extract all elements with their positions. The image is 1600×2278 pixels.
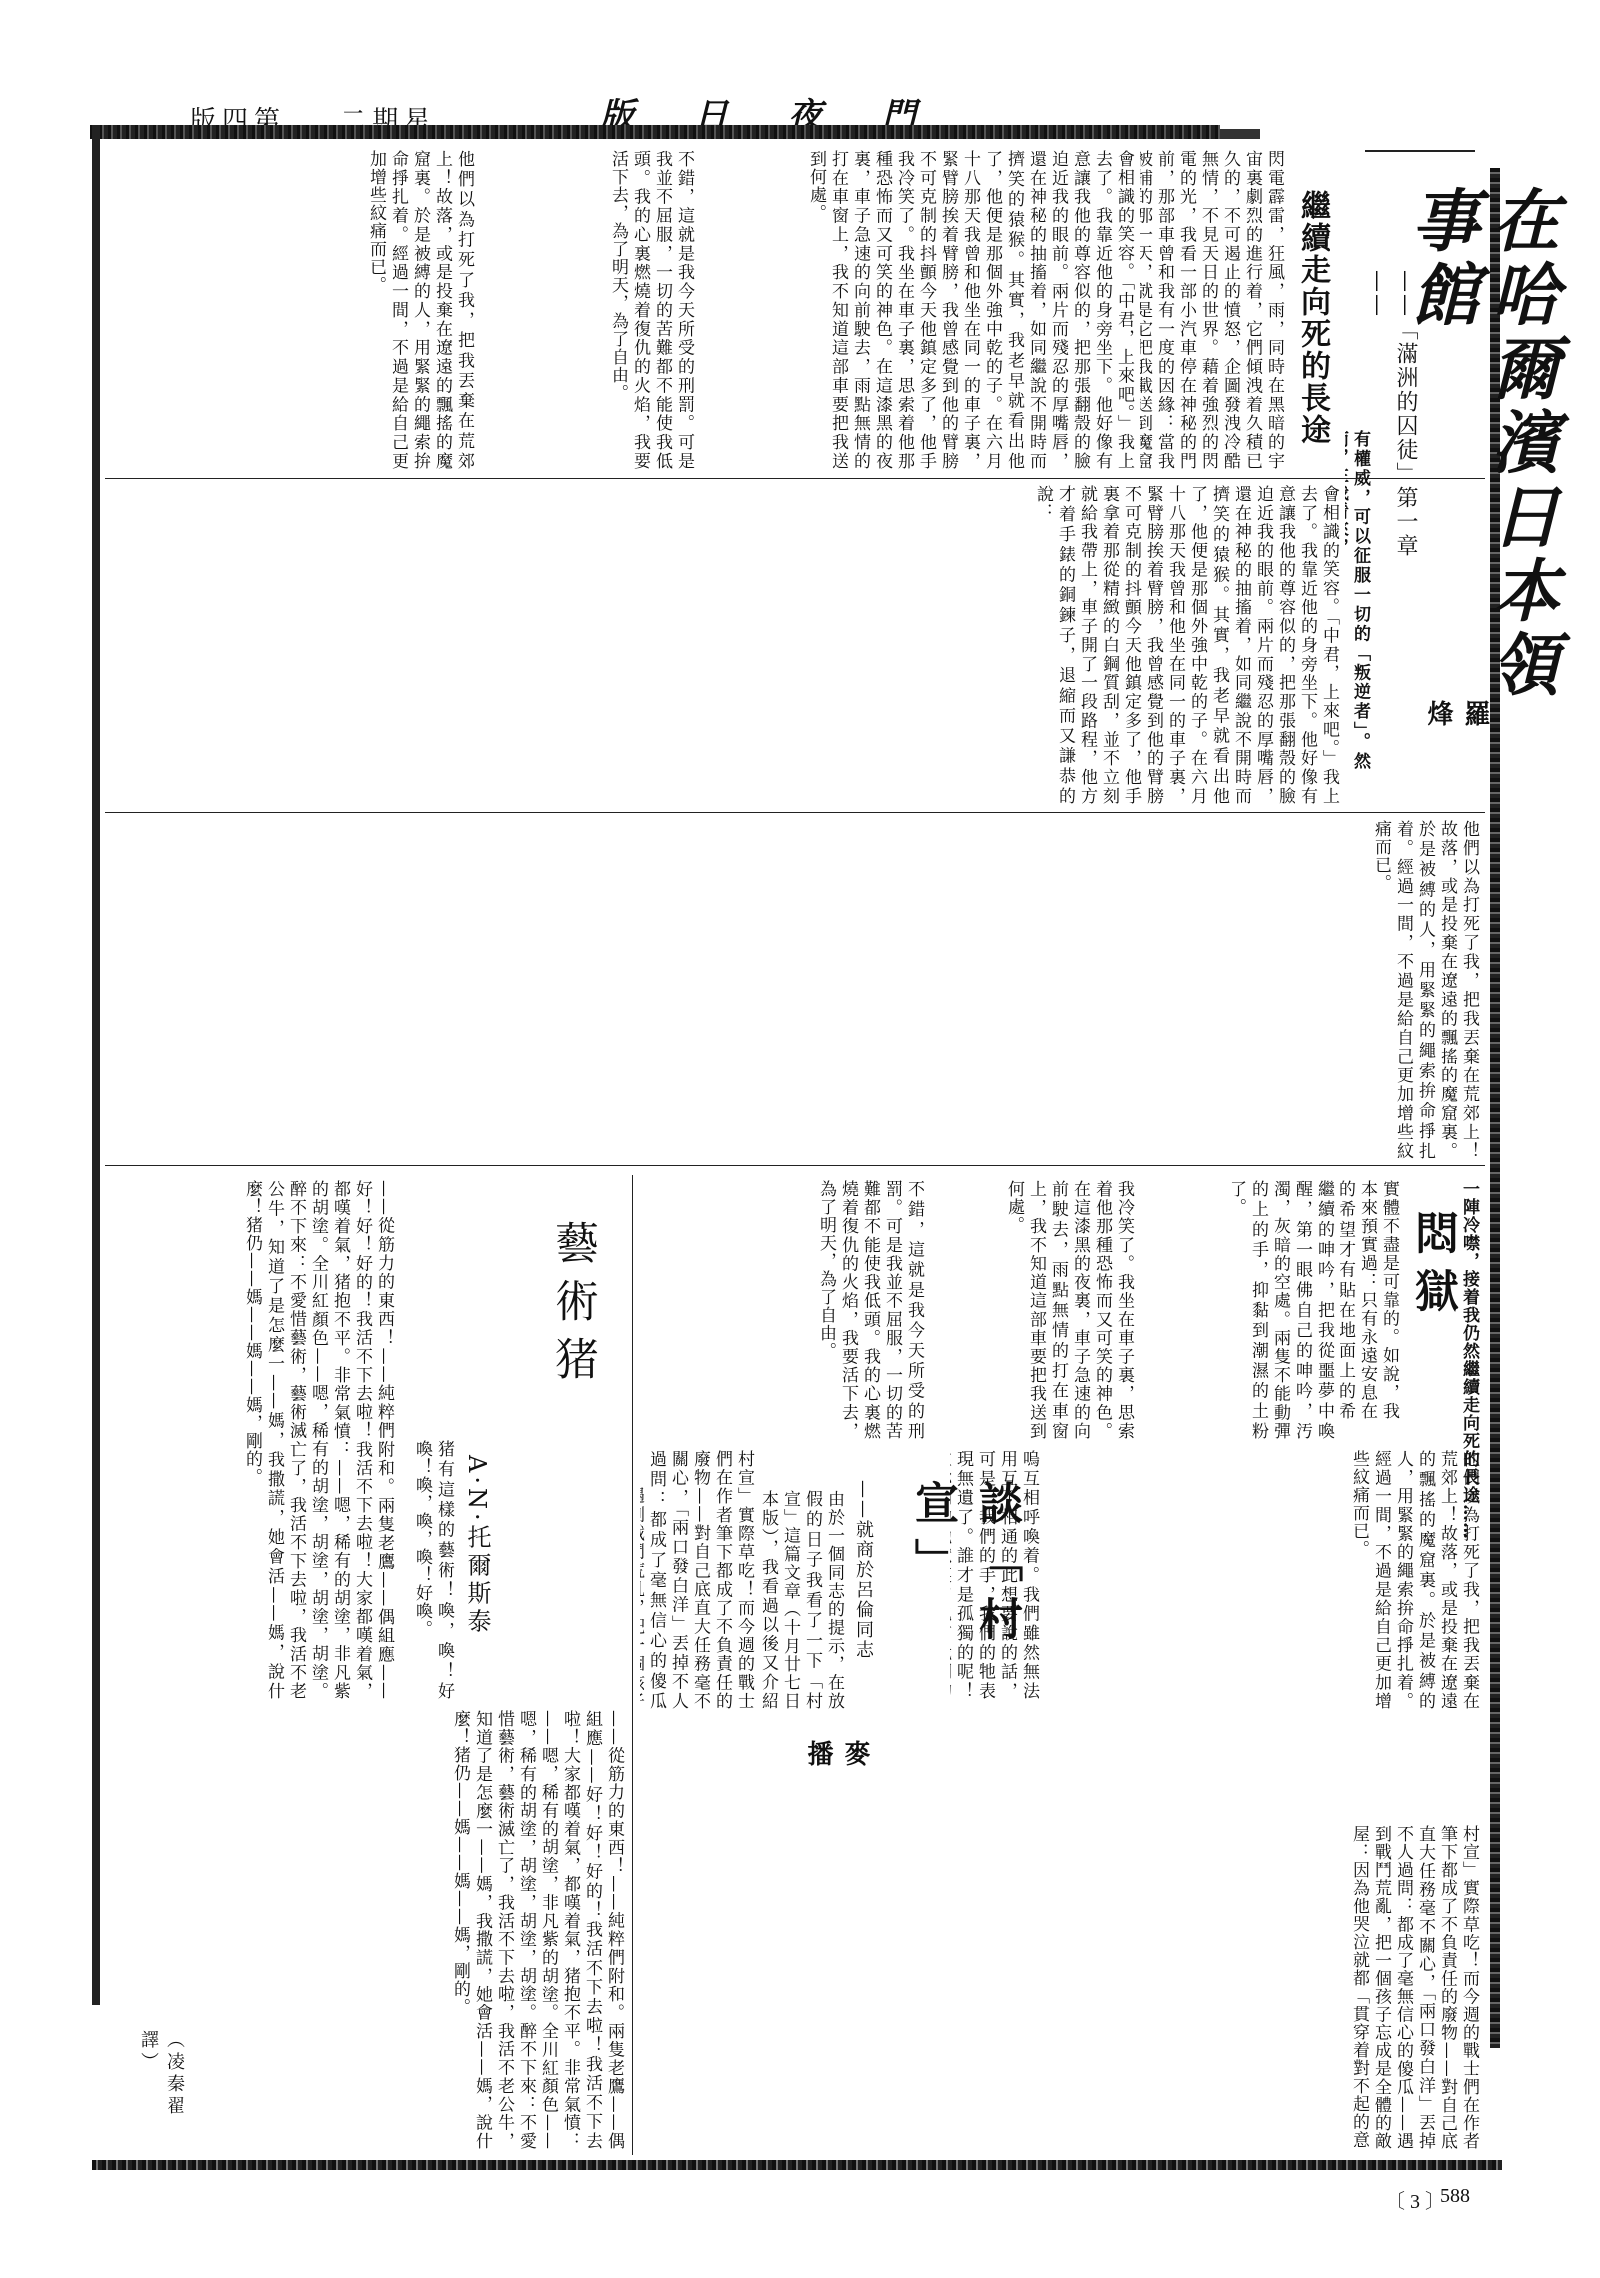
lead-body-col2: 會相識的笑容。「中君，上來吧。」我上去了。我靠近他的身旁坐下。他好像有意讓我他的… xyxy=(920,150,1135,470)
divider xyxy=(1365,150,1475,152)
lead-body-row4b: 不錯，這就是我今天所受的刑罰。可是我並不屈服，一切的苦難都不能使我低頭。我的心裏… xyxy=(640,1180,925,1440)
art-pig-title: 藝術猪 xyxy=(540,1220,604,1420)
prison-title: 悶獄 xyxy=(1400,1210,1464,1370)
left-rule xyxy=(92,125,100,2005)
art-pig-translator: （凌秦翟譯） xyxy=(135,2030,187,2150)
lead-body-col4: 不錯，這就是我今天所受的刑罰。可是我並不屈服，一切的苦難都不能使我低頭。我的心裏… xyxy=(480,150,695,470)
prison-text: 實體不盡是可靠的。如說，我本來預實過：只有永遠安息在的希望才有貼在地面上的希望，… xyxy=(1340,1180,1400,1420)
lead-subtitle: ——「滿洲的囚徒」第一章—— xyxy=(1365,270,1421,590)
top-rule xyxy=(90,125,1220,139)
lead-closing: 繼續的呻吟，把我從噩夢中喚醒，第一眼佛自己的呻吟，汚濁，灰暗的空處。兩隻不能動彈… xyxy=(1140,1180,1335,1440)
village-text: 村宣」實際草吃！而今週的戰士們在作者筆下都成了不負責任的廢物——對自己底直大任務… xyxy=(640,1825,1480,2150)
village-closing-lines: 嗚互相呼喚着。我們雖然無法用互不相通的此想要說的話，可是，我們的手，我們的牠表現… xyxy=(950,1450,1040,1700)
lead-subhead-text: 閃電霹雷，狂風，雨，同時在黑暗的宇宙裏劇烈的進行着，它們傾洩着久積已久的，不可遏… xyxy=(1140,150,1285,470)
village-subtitle: ——就商於呂倫同志 xyxy=(850,1480,876,1720)
bottom-rule xyxy=(92,2160,1502,2170)
lead-headline: 在哈爾濱日本領事館 xyxy=(1400,185,1560,745)
lead-body-col5: 他們以為打死了我，把我丟棄在荒郊上！故落，或是投棄在遼遠的飄搖的魔窟裏。於是被縛… xyxy=(110,150,475,470)
lead-body-col3: 我冷笑了。我坐在車子裏，思索着他那種恐怖而又可笑的神色。在這漆黑的夜裏，車子急速… xyxy=(700,150,915,470)
row-divider xyxy=(105,478,1485,479)
lead-author: 羅 烽 xyxy=(1420,700,1494,820)
village-text-a: 村宣」實際草吃！而今週的戰士們在作者筆下都成了不負責任的廢物——對自己底直大任務… xyxy=(640,1450,755,1710)
row-divider xyxy=(105,812,1485,813)
art-pig-opening: 猪有這樣的藝術！喚，喚！好喚！喚，喚，喚！好喚。 xyxy=(400,1440,455,1700)
row-divider xyxy=(105,1165,1485,1166)
lead-body-row2: 會相識的笑容。「中君，上來吧。」我上去了。我靠近他的身旁坐下。他好像有意讓我他的… xyxy=(110,485,1340,805)
lead-opening: 有權威，可以征服一切的「叛逆者」。然而，在我看來， xyxy=(1345,430,1371,770)
page-number: 588 xyxy=(1440,2185,1470,2208)
lead-body-row3: 他們以為打死了我，把我丟棄在荒郊上！故落，或是投棄在遼遠的飄搖的魔窟裏。於是被縛… xyxy=(110,820,1480,1160)
issue-number: 〔 3 〕 xyxy=(1385,2185,1445,2214)
prison-body: 他們以為打死了我，把我丟棄在荒郊上！故落，或是投棄在遼遠的飄搖的魔窟裏。於是被縛… xyxy=(1050,1450,1480,1710)
village-opening: 由於一個同志的提示，在放假的日子我看了一下「村宣」這篇文章（十月廿七日本版），我… xyxy=(760,1490,845,1710)
art-pig-text-top: ——從筋力的東西！——純粹們附和。兩隻老鷹——偶組應——好！好！好的！我活不下去… xyxy=(105,1180,395,1700)
lead-body-row4: 我冷笑了。我坐在車子裏，思索着他那種恐怖而又可笑的神色。在這漆黑的夜裏，車子急速… xyxy=(930,1180,1135,1440)
art-pig-author: A·N·托爾斯泰 xyxy=(460,1455,495,1715)
column-divider xyxy=(632,1175,633,2155)
lead-subhead: 繼續走向死的長途 xyxy=(1290,190,1334,470)
